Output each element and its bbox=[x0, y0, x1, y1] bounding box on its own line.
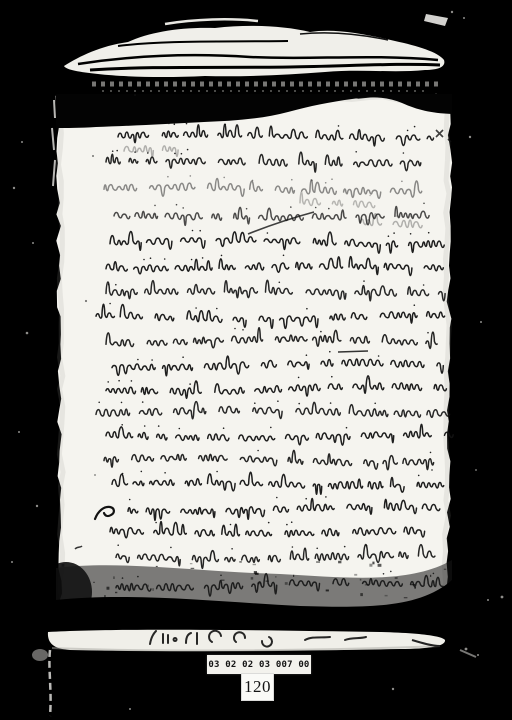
manuscript-art bbox=[0, 0, 512, 720]
classification-code-label: 03 02 02 03 007 00 bbox=[207, 655, 311, 674]
under-page-edge-strip bbox=[48, 630, 445, 651]
manuscript-page bbox=[40, 94, 453, 622]
manuscript-photo: 03 02 02 03 007 00 120 bbox=[0, 0, 512, 720]
page-number-label: 120 bbox=[241, 673, 274, 701]
underline-mark bbox=[338, 351, 368, 352]
classification-code-text: 03 02 02 03 007 00 bbox=[208, 660, 309, 670]
page-number-text: 120 bbox=[244, 677, 271, 697]
